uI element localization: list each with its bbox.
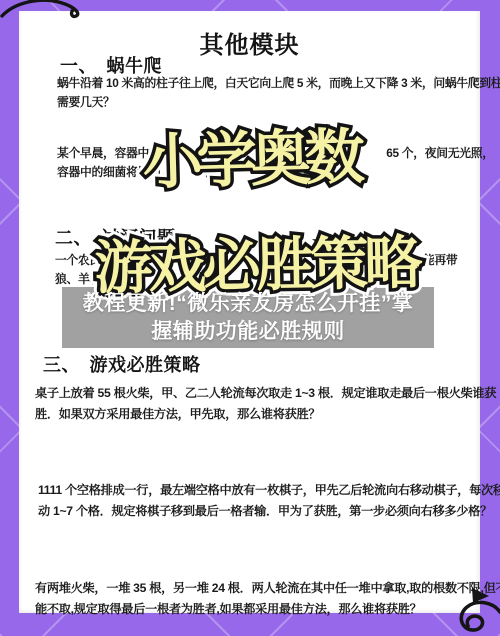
problem-line: 蜗牛沿着 10 米高的柱子往上爬，白天它向上爬 5 米，而晚上又下降 3 米，问… xyxy=(57,74,500,93)
paragraph-grid-chess-problem: 1111 个空格排成一行，最左端空格中放有一枚棋子，甲先乙后轮流向右移动棋子，每… xyxy=(38,480,500,522)
paragraph-matchstick-problem: 桌子上放着 55 根火柴，甲、乙二人轮流每次取走 1~3 根．规定谁取走最后一根… xyxy=(35,383,496,425)
paragraph-snail-problem: 蜗牛沿着 10 米高的柱子往上爬，白天它向上爬 5 米，而晚上又下降 3 米，问… xyxy=(57,74,500,112)
problem-line: 需要几天？ xyxy=(57,93,500,112)
problem-line: 能不取,规定取得最后一根者为胜者,如果都采用最佳方法，那么谁将获胜？ xyxy=(35,599,500,620)
problem-line: 动 1~7 个格．规定将棋子移到最后一格者输．甲为了获胜，第一步必须向右移多少格… xyxy=(38,501,500,522)
screenshot-root: 其他模块 一、 蜗牛爬 蜗牛沿着 10 米高的柱子往上爬，白天它向上爬 5 米，… xyxy=(0,0,500,636)
banner-line: 教程更新!“微乐亲友房怎么开挂”掌 xyxy=(83,290,414,318)
problem-line: 桌子上放着 55 根火柴，甲、乙二人轮流每次取走 1~3 根．规定谁取走最后一根… xyxy=(35,383,496,404)
problem-line: 有两堆火柴，一堆 35 根，另一堆 24 根．两人轮流在其中任一堆中拿取,取的根… xyxy=(35,578,500,599)
paragraph-two-piles-problem: 有两堆火柴，一堆 35 根，另一堆 24 根．两人轮流在其中任一堆中拿取,取的根… xyxy=(35,578,500,620)
section-heading-game-strategy: 三、 游戏必胜策略 xyxy=(43,351,201,377)
stamp-fill-text: 小学奥数 xyxy=(142,127,359,193)
problem-line: 胜．如果双方采用最佳方法，甲先取，那么谁将获胜？ xyxy=(35,404,496,425)
banner-line: 握辅助功能必胜规则 xyxy=(151,318,345,346)
problem-line: 1111 个空格排成一行，最左端空格中放有一枚棋子，甲先乙后轮流向右移动棋子，每… xyxy=(38,480,500,501)
overlay-banner-text: 教程更新!“微乐亲友房怎么开挂”掌 握辅助功能必胜规则 xyxy=(62,287,434,348)
triangle-squiggle-doodle-icon xyxy=(452,583,500,636)
corner-swoosh-doodle-icon xyxy=(0,0,100,26)
